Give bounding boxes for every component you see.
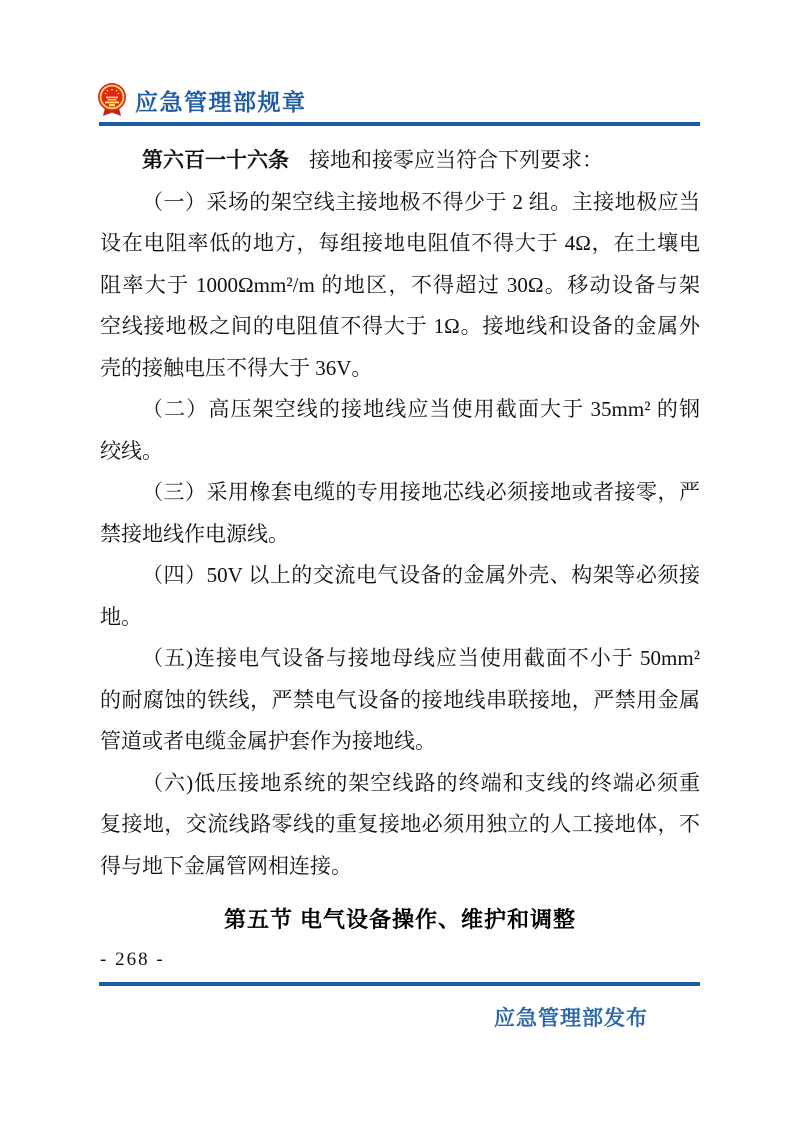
document-page: 应急管理部规章 第六百一十六条接地和接零应当符合下列要求： （一）采场的架空线主… bbox=[0, 0, 793, 1122]
china-national-emblem-icon bbox=[96, 82, 128, 118]
body-line: 的耐腐蚀的铁线，严禁电气设备的接地线串联接地，严禁用金属 bbox=[100, 680, 700, 722]
body-line: 设在电阻率低的地方，每组接地电阻值不得大于 4Ω，在土壤电 bbox=[100, 223, 700, 265]
page-number: - 268 - bbox=[100, 946, 165, 974]
body-line: 复接地，交流线路零线的重复接地必须用独立的人工接地体，不 bbox=[100, 804, 700, 846]
header-rule bbox=[99, 122, 700, 126]
body-line: （二）高压架空线的接地线应当使用截面大于 35mm² 的钢 bbox=[100, 389, 700, 431]
body-line: 地。 bbox=[100, 597, 700, 639]
footer-rule bbox=[99, 982, 700, 986]
article-line: 第六百一十六条接地和接零应当符合下列要求： bbox=[100, 140, 700, 182]
body-line: 阻率大于 1000Ωmm²/m 的地区，不得超过 30Ω。移动设备与架 bbox=[100, 265, 700, 307]
section-heading: 第五节 电气设备操作、维护和调整 bbox=[100, 903, 700, 937]
body-line: 壳的接触电压不得大于 36V。 bbox=[100, 348, 700, 390]
body-line: 绞线。 bbox=[100, 431, 700, 473]
body-line: 得与地下金属管网相连接。 bbox=[100, 846, 700, 888]
page-header: 应急管理部规章 bbox=[96, 82, 307, 118]
article-number: 第六百一十六条 bbox=[142, 149, 289, 172]
body-line: （四）50V 以上的交流电气设备的金属外壳、构架等必须接 bbox=[100, 555, 700, 597]
body-line: 禁接地线作电源线。 bbox=[100, 514, 700, 556]
body-line: （三）采用橡套电缆的专用接地芯线必须接地或者接零，严 bbox=[100, 472, 700, 514]
body-line: （一）采场的架空线主接地极不得少于 2 组。主接地极应当 bbox=[100, 182, 700, 224]
header-title: 应急管理部规章 bbox=[135, 84, 307, 117]
body-line: （五)连接电气设备与接地母线应当使用截面不小于 50mm² bbox=[100, 638, 700, 680]
body-line: 管道或者电缆金属护套作为接地线。 bbox=[100, 721, 700, 763]
body-line: 空线接地极之间的电阻值不得大于 1Ω。接地线和设备的金属外 bbox=[100, 306, 700, 348]
publisher: 应急管理部发布 bbox=[100, 1002, 700, 1032]
article-heading: 接地和接零应当符合下列要求： bbox=[309, 148, 603, 172]
document-body: 第六百一十六条接地和接零应当符合下列要求： （一）采场的架空线主接地极不得少于 … bbox=[100, 140, 700, 887]
body-line: （六)低压接地系统的架空线路的终端和支线的终端必须重 bbox=[100, 763, 700, 805]
